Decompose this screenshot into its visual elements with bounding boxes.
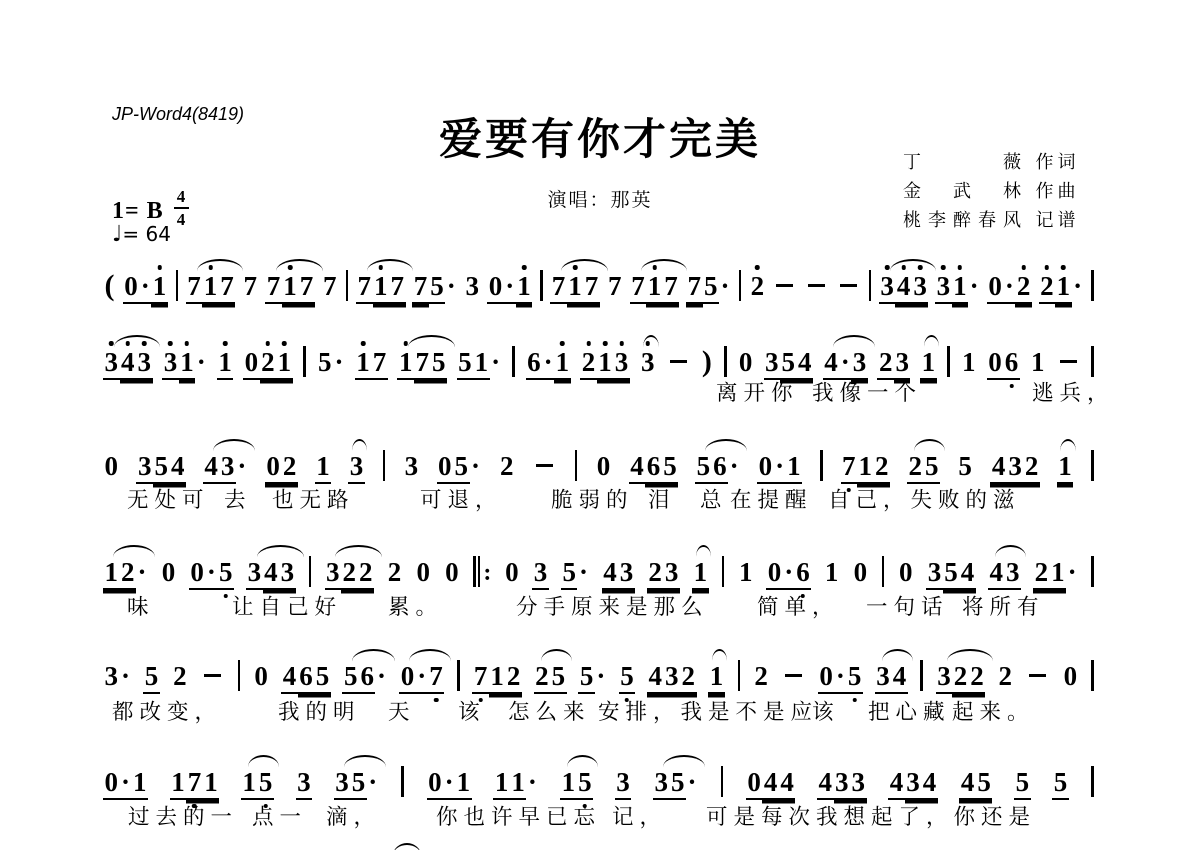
note-token: 3	[296, 769, 313, 800]
note-char: 7	[389, 273, 406, 304]
transcriber-role: 记谱	[1036, 206, 1080, 235]
note-token: 21·	[1033, 559, 1078, 590]
lyric-segment: 记，	[612, 800, 667, 831]
note-token	[308, 556, 313, 587]
note-token: 2	[386, 559, 403, 588]
note-token: )	[700, 347, 713, 377]
barline	[1091, 556, 1094, 587]
note-char: 0	[415, 559, 432, 588]
lyric-segment: 你也许早已忘	[436, 800, 601, 831]
note-token: 43	[988, 559, 1021, 590]
duration-dash	[785, 674, 802, 678]
note-char: 1	[646, 273, 663, 304]
note-token	[1090, 660, 1095, 691]
lyric-segment: 可退，	[420, 483, 503, 514]
note-char: 0	[437, 453, 454, 484]
note-char: 3	[875, 663, 892, 694]
note-token: 343	[246, 559, 296, 590]
note-token	[511, 346, 516, 377]
note-char: ·	[595, 663, 607, 692]
note-char: 2	[647, 559, 664, 590]
note-char: ·	[1066, 559, 1078, 588]
note-char: 5	[619, 663, 636, 694]
lyric-segment: 让自己好	[232, 590, 342, 621]
note-char: 2	[172, 663, 189, 692]
note-char: 0	[766, 559, 783, 590]
key-text: 1= B	[112, 198, 164, 224]
note-char: 3	[279, 559, 296, 590]
note-char: 1	[103, 559, 120, 590]
duration-dash	[1029, 674, 1046, 678]
note-token: 0	[253, 663, 270, 692]
note-char: 5	[577, 769, 594, 800]
note-char: 2	[680, 663, 697, 694]
note-char: 2	[1039, 273, 1056, 304]
note-char: 4	[203, 453, 220, 484]
note-char: 0	[737, 349, 754, 378]
note-char: 2	[874, 453, 891, 484]
time-signature: 44	[174, 188, 190, 228]
lyric-segment: 把心藏	[868, 695, 951, 726]
barline	[920, 660, 923, 691]
note-token: 75·	[686, 273, 731, 304]
note-token: 0·6	[766, 559, 811, 590]
note-char: 5	[143, 663, 160, 694]
notation-line-1: (0·17177717771775·30·1717771775·234331·0…	[103, 270, 1095, 304]
note-token	[737, 660, 742, 691]
note-token	[804, 282, 829, 300]
note-token: 7	[322, 273, 339, 302]
lyric-segment: 该	[458, 695, 486, 726]
lyric-segment: 将所有	[962, 590, 1045, 621]
note-char: 5	[1052, 769, 1069, 800]
barline	[721, 766, 724, 797]
note-char: 1	[489, 663, 506, 694]
note-char: ·	[504, 273, 516, 304]
note-token	[1090, 346, 1095, 377]
credits-block: 丁薇 作词 金武林 作曲 桃李醉春风 记谱	[903, 148, 1080, 235]
note-char: ·	[526, 769, 538, 798]
note-char: 4	[895, 273, 912, 304]
lyric-segment: 过去的一	[128, 800, 238, 831]
note-token: 044	[746, 769, 796, 800]
note-char: 4	[762, 769, 779, 800]
note-char: 4	[281, 663, 298, 694]
note-token: 3	[532, 559, 549, 590]
lyric-segment: 累。	[388, 590, 443, 621]
note-token: 5	[619, 663, 636, 694]
note-char: 2	[358, 559, 375, 590]
note-char: 5	[453, 453, 470, 484]
note-char: 3	[926, 559, 943, 590]
note-char: ·	[333, 349, 345, 378]
note-token: 3	[348, 453, 365, 484]
duration-dash	[536, 464, 553, 468]
note-char: 7	[472, 663, 489, 694]
note-char: 3	[246, 559, 263, 590]
note-char: 3	[103, 663, 120, 692]
note-char: 3	[615, 769, 632, 800]
notation-line-3: 035443·0213305·2046556·0·17122554321	[103, 450, 1095, 484]
note-char: 7	[356, 273, 373, 304]
note-char: ·	[490, 349, 502, 378]
note-char: 0	[399, 663, 416, 694]
note-token: 712	[472, 663, 522, 694]
note-token	[723, 346, 728, 377]
note-char: 3	[219, 453, 236, 484]
note-char: 3	[325, 559, 342, 590]
note-char: 3	[653, 769, 670, 800]
note-token	[1090, 766, 1095, 797]
note-char: 2	[997, 663, 1014, 692]
note-char: 2	[969, 663, 986, 694]
note-char: 4	[921, 769, 938, 800]
note-token: 7	[242, 273, 259, 302]
note-token: 432	[647, 663, 697, 694]
barline	[473, 556, 476, 587]
note-char: 7	[686, 273, 703, 304]
note-char: ·	[728, 453, 740, 482]
note-char: 5	[703, 273, 720, 304]
time-numerator: 4	[174, 188, 190, 209]
note-token: 35·	[334, 769, 379, 800]
barline	[739, 270, 742, 301]
note-char: 3	[936, 663, 953, 694]
lyricist-role: 作词	[1036, 148, 1080, 177]
partial-slur-next-line	[393, 843, 421, 850]
note-char: 1	[241, 769, 258, 800]
note-char: 7	[583, 273, 600, 304]
note-token: 12·	[103, 559, 148, 590]
note-token: 0·1	[103, 769, 148, 800]
note-token	[781, 672, 806, 690]
note-token	[666, 358, 691, 376]
note-char: 7	[607, 273, 624, 302]
note-token	[382, 450, 387, 481]
note-token: 75·	[412, 273, 457, 304]
note-token: 0	[444, 559, 461, 588]
note-char: 0	[103, 453, 120, 482]
note-token	[721, 556, 726, 587]
barline	[1091, 270, 1094, 301]
note-char: 4	[988, 559, 1005, 590]
credit-row-transcriber: 桃李醉春风 记谱	[903, 206, 1080, 235]
note-char: 7	[428, 663, 445, 694]
lyric-segment: 离开你	[716, 376, 799, 407]
note-token: 0·1	[487, 273, 532, 304]
note-char: 2	[753, 663, 770, 692]
note-token: 0	[504, 559, 521, 588]
note-char: 1	[952, 273, 969, 304]
note-token: 0·1	[757, 453, 802, 484]
note-char: 5	[550, 663, 567, 694]
note-token: 717	[265, 273, 315, 304]
barline	[309, 556, 312, 587]
duration-dash	[1060, 360, 1077, 364]
note-token	[532, 462, 557, 480]
lyrics-line-4: 味让自己好累。分手原来是那么简单，一句话将所有	[0, 590, 1200, 620]
note-char: 1	[857, 453, 874, 484]
note-token: 432	[990, 453, 1040, 484]
note-char: ·	[445, 273, 457, 302]
note-char: 3	[935, 273, 952, 304]
notation-line-4: 12·00·5343322200:035·4323110·61003544321…	[103, 556, 1095, 590]
lyric-segment: 自己，失败的滋	[828, 483, 1021, 514]
note-char: 3	[403, 453, 420, 482]
note-token: 43	[602, 559, 635, 590]
note-token: 15	[241, 769, 274, 800]
note-char: 3	[348, 453, 365, 484]
note-token: 1	[1057, 453, 1074, 484]
note-token	[868, 270, 873, 301]
note-token	[720, 766, 725, 797]
note-char: 3	[912, 273, 929, 304]
note-char: 1	[786, 453, 803, 484]
note-char: 4	[817, 769, 834, 800]
note-char: 2	[120, 559, 137, 590]
note-token: 1	[315, 453, 332, 484]
lyric-segment: 该	[812, 695, 840, 726]
note-char: 1	[1057, 453, 1074, 484]
note-char: 1	[708, 663, 725, 694]
note-token: 0·2	[987, 273, 1032, 304]
note-char: ·	[834, 663, 846, 694]
note-char: 5	[923, 453, 940, 484]
note-char: 0	[265, 453, 282, 484]
note-char: 3	[905, 769, 922, 800]
credit-row-lyricist: 丁薇 作词	[903, 148, 1080, 177]
note-token: 1	[692, 559, 709, 590]
note-char: 1	[560, 769, 577, 800]
note-token: 1	[708, 663, 725, 694]
note-char: 5	[846, 663, 863, 694]
note-char: 5	[317, 349, 334, 378]
note-char: 0	[504, 559, 521, 588]
note-char: 4	[990, 453, 1007, 484]
note-token	[738, 270, 743, 301]
note-token	[946, 346, 951, 377]
lyric-segment: 脆弱的	[551, 483, 634, 514]
note-token	[772, 282, 797, 300]
note-token	[919, 660, 924, 691]
note-token: 11·	[493, 769, 538, 800]
note-char: 5	[976, 769, 993, 800]
note-char: 2	[952, 663, 969, 694]
note-char: 7	[322, 273, 339, 302]
note-token: 3	[615, 769, 632, 800]
note-token: 1	[961, 349, 978, 378]
note-char: 1	[510, 769, 527, 800]
duration-dash	[840, 284, 857, 288]
note-token: 322	[325, 559, 375, 590]
note-char: 2	[281, 453, 298, 484]
note-token	[836, 282, 861, 300]
note-token	[345, 270, 350, 301]
note-char: 7	[265, 273, 282, 304]
note-char: 0	[160, 559, 177, 588]
lyric-segment: 去	[224, 483, 252, 514]
sheet-music-page: JP-Word4(8419) 爱要有你才完美 演唱：那英 丁薇 作词 金武林 作…	[0, 0, 1200, 850]
note-token: 3	[464, 273, 481, 302]
note-char: 5	[957, 453, 974, 482]
note-char: 3	[532, 559, 549, 590]
barline	[869, 270, 872, 301]
note-token: 25	[907, 453, 940, 484]
note-char: ·	[686, 769, 698, 798]
note-token: 02	[265, 453, 298, 484]
note-token: 56·	[695, 453, 740, 484]
note-char: 1	[1055, 273, 1072, 304]
note-token: 2	[997, 663, 1014, 692]
note-char: ·	[139, 273, 151, 304]
note-char: 0	[1062, 663, 1079, 692]
note-char: ·	[783, 559, 795, 590]
note-token: 354	[926, 559, 976, 590]
note-token: 712	[841, 453, 891, 484]
note-token	[237, 660, 242, 691]
note-token: 465	[281, 663, 331, 694]
barline	[1091, 450, 1094, 481]
note-token: 5	[1014, 769, 1031, 800]
notation-line-6: 0·117115335·0·111·15335·0444334344555	[103, 766, 1095, 800]
note-char: 3	[618, 559, 635, 590]
note-char: 2	[1023, 453, 1040, 484]
note-char: 1	[961, 349, 978, 378]
barline	[346, 270, 349, 301]
barline	[722, 556, 725, 587]
note-char: 0	[757, 453, 774, 484]
duration-dash	[204, 674, 221, 678]
note-token: 0·1	[123, 273, 168, 304]
note-char: 4	[888, 769, 905, 800]
note-token	[1056, 358, 1081, 376]
note-char: 1	[170, 769, 187, 800]
note-char: 3	[879, 273, 896, 304]
note-char: 5	[1014, 769, 1031, 800]
note-char: 3	[664, 663, 681, 694]
note-char: 1	[738, 559, 755, 588]
note-char: ·	[205, 559, 217, 590]
note-char: 1	[493, 769, 510, 800]
note-token: 343	[879, 273, 929, 304]
note-token: 465	[629, 453, 679, 484]
note-char: 3	[834, 769, 851, 800]
note-char: 7	[298, 273, 315, 304]
note-token	[175, 270, 180, 301]
barline	[383, 450, 386, 481]
note-token: 0·5	[189, 559, 234, 590]
note-char: 1	[823, 559, 840, 588]
note-char: 1	[455, 769, 472, 800]
transcriber-name: 桃李醉春风	[903, 206, 1021, 235]
note-char: 7	[663, 273, 680, 304]
note-char: 7	[412, 273, 429, 304]
note-token: 0	[103, 453, 120, 482]
note-char: 5	[314, 663, 331, 694]
time-denominator: 4	[174, 209, 190, 228]
note-token	[539, 270, 544, 301]
note-char: ·	[120, 769, 132, 800]
note-char: 6	[359, 663, 376, 694]
note-char: ·	[195, 349, 207, 378]
note-token: 322	[936, 663, 986, 694]
note-char: ·	[443, 769, 455, 800]
note-char: 1	[282, 273, 299, 304]
quarter-note-icon: ♩	[112, 222, 122, 247]
barline	[512, 346, 515, 377]
note-token: 15	[560, 769, 593, 800]
note-char: 4	[891, 663, 908, 694]
note-token: 5·	[317, 349, 346, 378]
lyric-segment: 我的明	[278, 695, 361, 726]
note-char: 7	[630, 273, 647, 304]
note-char: 2	[1015, 273, 1032, 304]
lyric-segment: 简单，	[757, 590, 840, 621]
note-token: 2	[753, 663, 770, 692]
note-char: 2	[505, 663, 522, 694]
lyricist-name: 丁薇	[903, 148, 1021, 177]
duration-dash	[776, 284, 793, 288]
note-token: 0	[1062, 663, 1079, 692]
note-char: 2	[907, 453, 924, 484]
note-char: 5	[153, 453, 170, 484]
note-char: 0	[427, 769, 444, 800]
note-char: 6	[712, 453, 729, 484]
note-token: 1	[1029, 349, 1046, 378]
note-char: 2	[341, 559, 358, 590]
note-token: 3	[640, 349, 657, 378]
note-char: 6	[298, 663, 315, 694]
note-char: ·	[416, 663, 428, 694]
note-char: 6	[645, 453, 662, 484]
note-char: 3	[136, 453, 153, 484]
lyric-segment: 怎么来	[508, 695, 591, 726]
note-token: 31·	[935, 273, 980, 304]
note-token	[881, 556, 886, 587]
note-token: 717	[550, 273, 600, 304]
note-char: ·	[774, 453, 786, 484]
note-char: 7	[186, 273, 203, 304]
lyric-segment: 总	[700, 483, 728, 514]
note-char: 0	[595, 453, 612, 482]
note-token: 05·	[437, 453, 482, 484]
lyric-segment: 在提醒	[730, 483, 813, 514]
barline	[176, 270, 179, 301]
note-token: 717	[186, 273, 236, 304]
note-token	[1090, 556, 1095, 587]
note-char: ·	[719, 273, 731, 302]
note-char: 0	[746, 769, 763, 800]
note-char: 0	[123, 273, 140, 304]
note-char: 4	[263, 559, 280, 590]
lyric-segment: 泪	[648, 483, 676, 514]
note-char: 1	[1029, 349, 1046, 378]
lyric-segment: 我像一个	[812, 376, 922, 407]
lyric-segment: 逃兵，	[1032, 376, 1115, 407]
barline	[820, 450, 823, 481]
note-token: 434	[888, 769, 938, 800]
note-char: 3	[1004, 559, 1021, 590]
note-token: 0	[415, 559, 432, 588]
note-token: 5	[143, 663, 160, 694]
note-token	[1090, 270, 1095, 301]
note-char: 0	[253, 663, 270, 692]
composer-name: 金武林	[903, 177, 1021, 206]
credit-row-composer: 金武林 作曲	[903, 177, 1080, 206]
note-token	[456, 660, 461, 691]
note-char: 1	[567, 273, 584, 304]
duration-dash	[670, 360, 687, 364]
